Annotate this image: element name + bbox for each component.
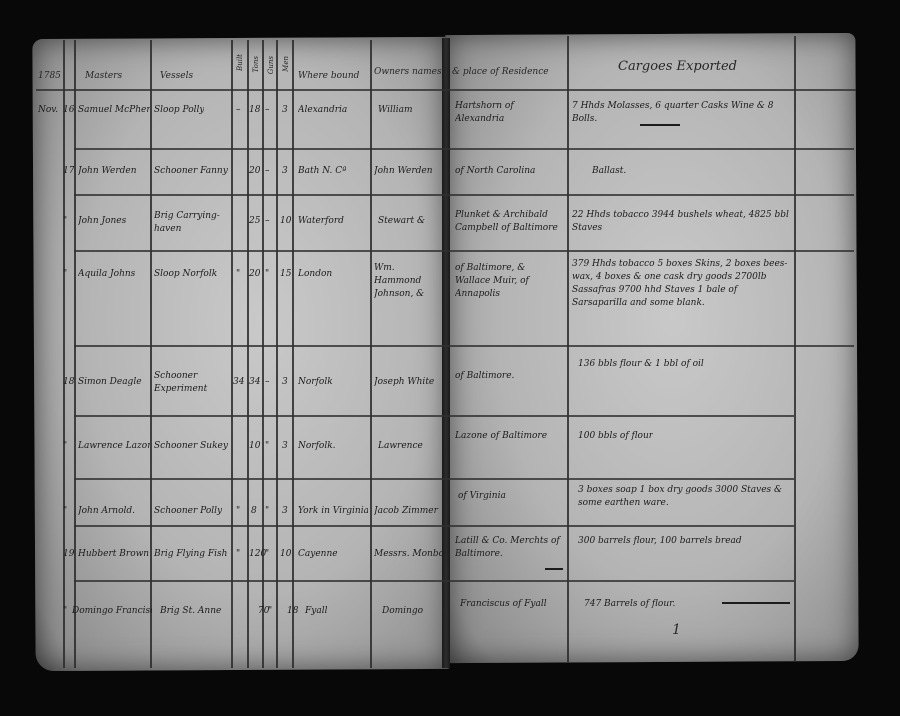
- row-tons: 120: [249, 548, 266, 561]
- row-residence: Latill & Co. Merchts of Baltimore.: [455, 535, 563, 561]
- row-rule: [74, 580, 794, 582]
- row-master: John Werden: [78, 165, 150, 178]
- row-master: Hubbert Brown: [78, 548, 150, 561]
- row-vessel: Schooner Fanny: [154, 165, 228, 178]
- header-built: Built: [234, 54, 247, 71]
- row-owner: John Werden: [374, 165, 433, 178]
- row-guns: ": [265, 548, 269, 561]
- header-men: Men: [280, 56, 293, 72]
- row-guns: ": [265, 505, 269, 518]
- row-tons: 18: [249, 104, 260, 117]
- header-rule: [36, 89, 856, 91]
- row-cargo: 3 boxes soap 1 box dry goods 3000 Staves…: [578, 484, 792, 510]
- row-bound: Waterford: [298, 215, 344, 228]
- rule-v: [247, 40, 249, 668]
- row-tons: 20: [249, 268, 260, 281]
- row-residence: of Baltimore.: [455, 370, 514, 383]
- row-bound: London: [298, 268, 332, 281]
- header-cargoes-exported: Cargoes Exported: [618, 60, 737, 73]
- ledger-scan: 1785 Masters Vessels Built Tons Guns Men…: [0, 0, 900, 716]
- row-guns: –: [265, 165, 270, 178]
- row-day: ": [63, 605, 67, 618]
- header-masters: Masters: [85, 70, 122, 83]
- row-built: 34: [233, 376, 244, 389]
- row-cargo: 747 Barrels of flour.: [584, 598, 675, 611]
- row-owner: Jacob Zimmer: [374, 505, 442, 518]
- header-vessels: Vessels: [160, 70, 193, 83]
- row-owner: Wm. Hammond Johnson, &: [374, 262, 440, 301]
- row-owner: Stewart &: [378, 215, 425, 228]
- rule-v: [292, 40, 294, 668]
- row-residence: Franciscus of Fyall: [460, 598, 547, 611]
- row-residence: of Baltimore, & Wallace Muir, of Annapol…: [455, 262, 563, 301]
- row-tons: 25: [249, 215, 260, 228]
- row-men: 18: [287, 605, 298, 618]
- row-cargo: 7 Hhds Molasses, 6 quarter Casks Wine & …: [572, 100, 792, 126]
- row-master: Samuel McPherson: [78, 104, 150, 117]
- row-master: Aquila Johns: [78, 268, 150, 281]
- row-tons: 8: [251, 505, 257, 518]
- row-rule: [74, 525, 794, 527]
- header-year: 1785: [38, 70, 61, 83]
- row-residence: Plunket & Archibald Campbell of Baltimor…: [455, 209, 563, 235]
- book-gutter: [442, 38, 450, 668]
- row-guns: –: [265, 215, 270, 228]
- line-filler: [722, 602, 790, 604]
- row-master: Domingo Francisco: [72, 605, 152, 618]
- row-built: –: [236, 104, 241, 117]
- row-built: ": [236, 505, 240, 518]
- row-guns: –: [265, 104, 270, 117]
- row-men: 3: [282, 440, 288, 453]
- row-bound: Alexandria: [298, 104, 347, 117]
- row-men: 3: [282, 376, 288, 389]
- row-owner: Domingo: [382, 605, 423, 618]
- row-master: Simon Deagle: [78, 376, 150, 389]
- row-bound: Cayenne: [298, 548, 338, 561]
- row-guns: ": [265, 440, 269, 453]
- row-vessel: Brig Carrying-haven: [154, 210, 228, 236]
- row-rule: [74, 478, 794, 480]
- rule-v: [567, 36, 569, 662]
- header-tons: Tons: [250, 56, 263, 72]
- row-cargo: 379 Hhds tobacco 5 boxes Skins, 2 boxes …: [572, 258, 792, 310]
- header-owners-names: Owners names: [374, 66, 442, 79]
- row-vessel: Schooner Polly: [154, 505, 222, 518]
- row-men: 3: [282, 505, 288, 518]
- rule-v: [63, 40, 65, 668]
- row-cargo: 100 bbls of flour: [578, 430, 653, 443]
- row-owner: Messrs. Monbos: [374, 548, 444, 561]
- row-vessel: Sloop Polly: [154, 104, 204, 117]
- row-vessel: Schooner Experiment: [154, 370, 228, 396]
- row-men: 10: [280, 215, 291, 228]
- row-day: 16: [63, 104, 74, 117]
- row-tons: 20: [249, 165, 260, 178]
- row-guns: ": [265, 268, 269, 281]
- margin-mark: 1: [672, 622, 681, 638]
- row-day: 17: [63, 165, 74, 178]
- right-page: [445, 33, 858, 663]
- rule-v: [262, 40, 264, 668]
- line-filler: [640, 124, 680, 126]
- rule-v: [276, 40, 278, 668]
- row-master: John Jones: [78, 215, 150, 228]
- row-cargo: 22 Hhds tobacco 3944 bushels wheat, 4825…: [572, 209, 792, 235]
- row-vessel: Brig St. Anne: [160, 605, 221, 618]
- row-bound: Norfolk: [298, 376, 333, 389]
- row-rule: [74, 194, 854, 196]
- rule-v: [74, 40, 76, 668]
- header-guns: Guns: [265, 56, 278, 74]
- row-cargo: 136 bbls flour & 1 bbl of oil: [578, 358, 704, 371]
- row-vessel: Schooner Sukey: [154, 440, 228, 453]
- row-men: 3: [282, 165, 288, 178]
- left-page: [32, 37, 448, 671]
- header-place-of-residence: & place of Residence: [452, 66, 549, 79]
- row-owner: William: [378, 104, 413, 117]
- row-bound: Fyall: [305, 605, 327, 618]
- row-residence: Hartshorn of Alexandria: [455, 100, 563, 126]
- row-vessel: Brig Flying Fish: [154, 548, 230, 561]
- row-day: ": [63, 268, 67, 281]
- row-day: ": [63, 440, 67, 453]
- rule-v: [231, 40, 233, 668]
- line-filler: [545, 568, 563, 570]
- row-month: Nov.: [38, 104, 58, 117]
- row-owner: Lawrence: [378, 440, 423, 453]
- row-cargo: Ballast.: [592, 165, 626, 178]
- rule-v: [370, 40, 372, 668]
- row-tons: 34: [249, 376, 260, 389]
- rule-v: [794, 36, 796, 662]
- row-residence: of North Carolina: [455, 165, 535, 178]
- row-guns: –: [265, 376, 270, 389]
- row-rule: [74, 345, 854, 347]
- row-bound: York in Virginia: [298, 505, 368, 518]
- row-men: 15: [280, 268, 291, 281]
- row-bound: Norfolk.: [298, 440, 336, 453]
- row-vessel: Sloop Norfolk: [154, 268, 217, 281]
- row-residence: Lazone of Baltimore: [455, 430, 547, 443]
- row-owner: Joseph White: [374, 376, 434, 389]
- row-tons: 10: [249, 440, 260, 453]
- row-master: John Arnold.: [78, 505, 150, 518]
- row-men: 10: [280, 548, 291, 561]
- row-rule: [74, 148, 854, 150]
- row-residence: of Virginia: [458, 490, 506, 503]
- row-guns: ": [268, 605, 272, 618]
- rule-v: [150, 40, 152, 668]
- row-day: 19: [63, 548, 74, 561]
- row-day: 18: [63, 376, 74, 389]
- row-master: Lawrence Lazone: [78, 440, 150, 453]
- header-where-bound: Where bound: [298, 70, 359, 83]
- row-day: ": [63, 215, 67, 228]
- row-built: ": [236, 268, 240, 281]
- row-day: ": [63, 505, 67, 518]
- row-men: 3: [282, 104, 288, 117]
- row-bound: Bath N. Cª: [298, 165, 346, 178]
- row-rule: [74, 250, 854, 252]
- row-rule: [74, 415, 794, 417]
- row-cargo: 300 barrels flour, 100 barrels bread: [578, 535, 742, 548]
- row-built: ": [236, 548, 240, 561]
